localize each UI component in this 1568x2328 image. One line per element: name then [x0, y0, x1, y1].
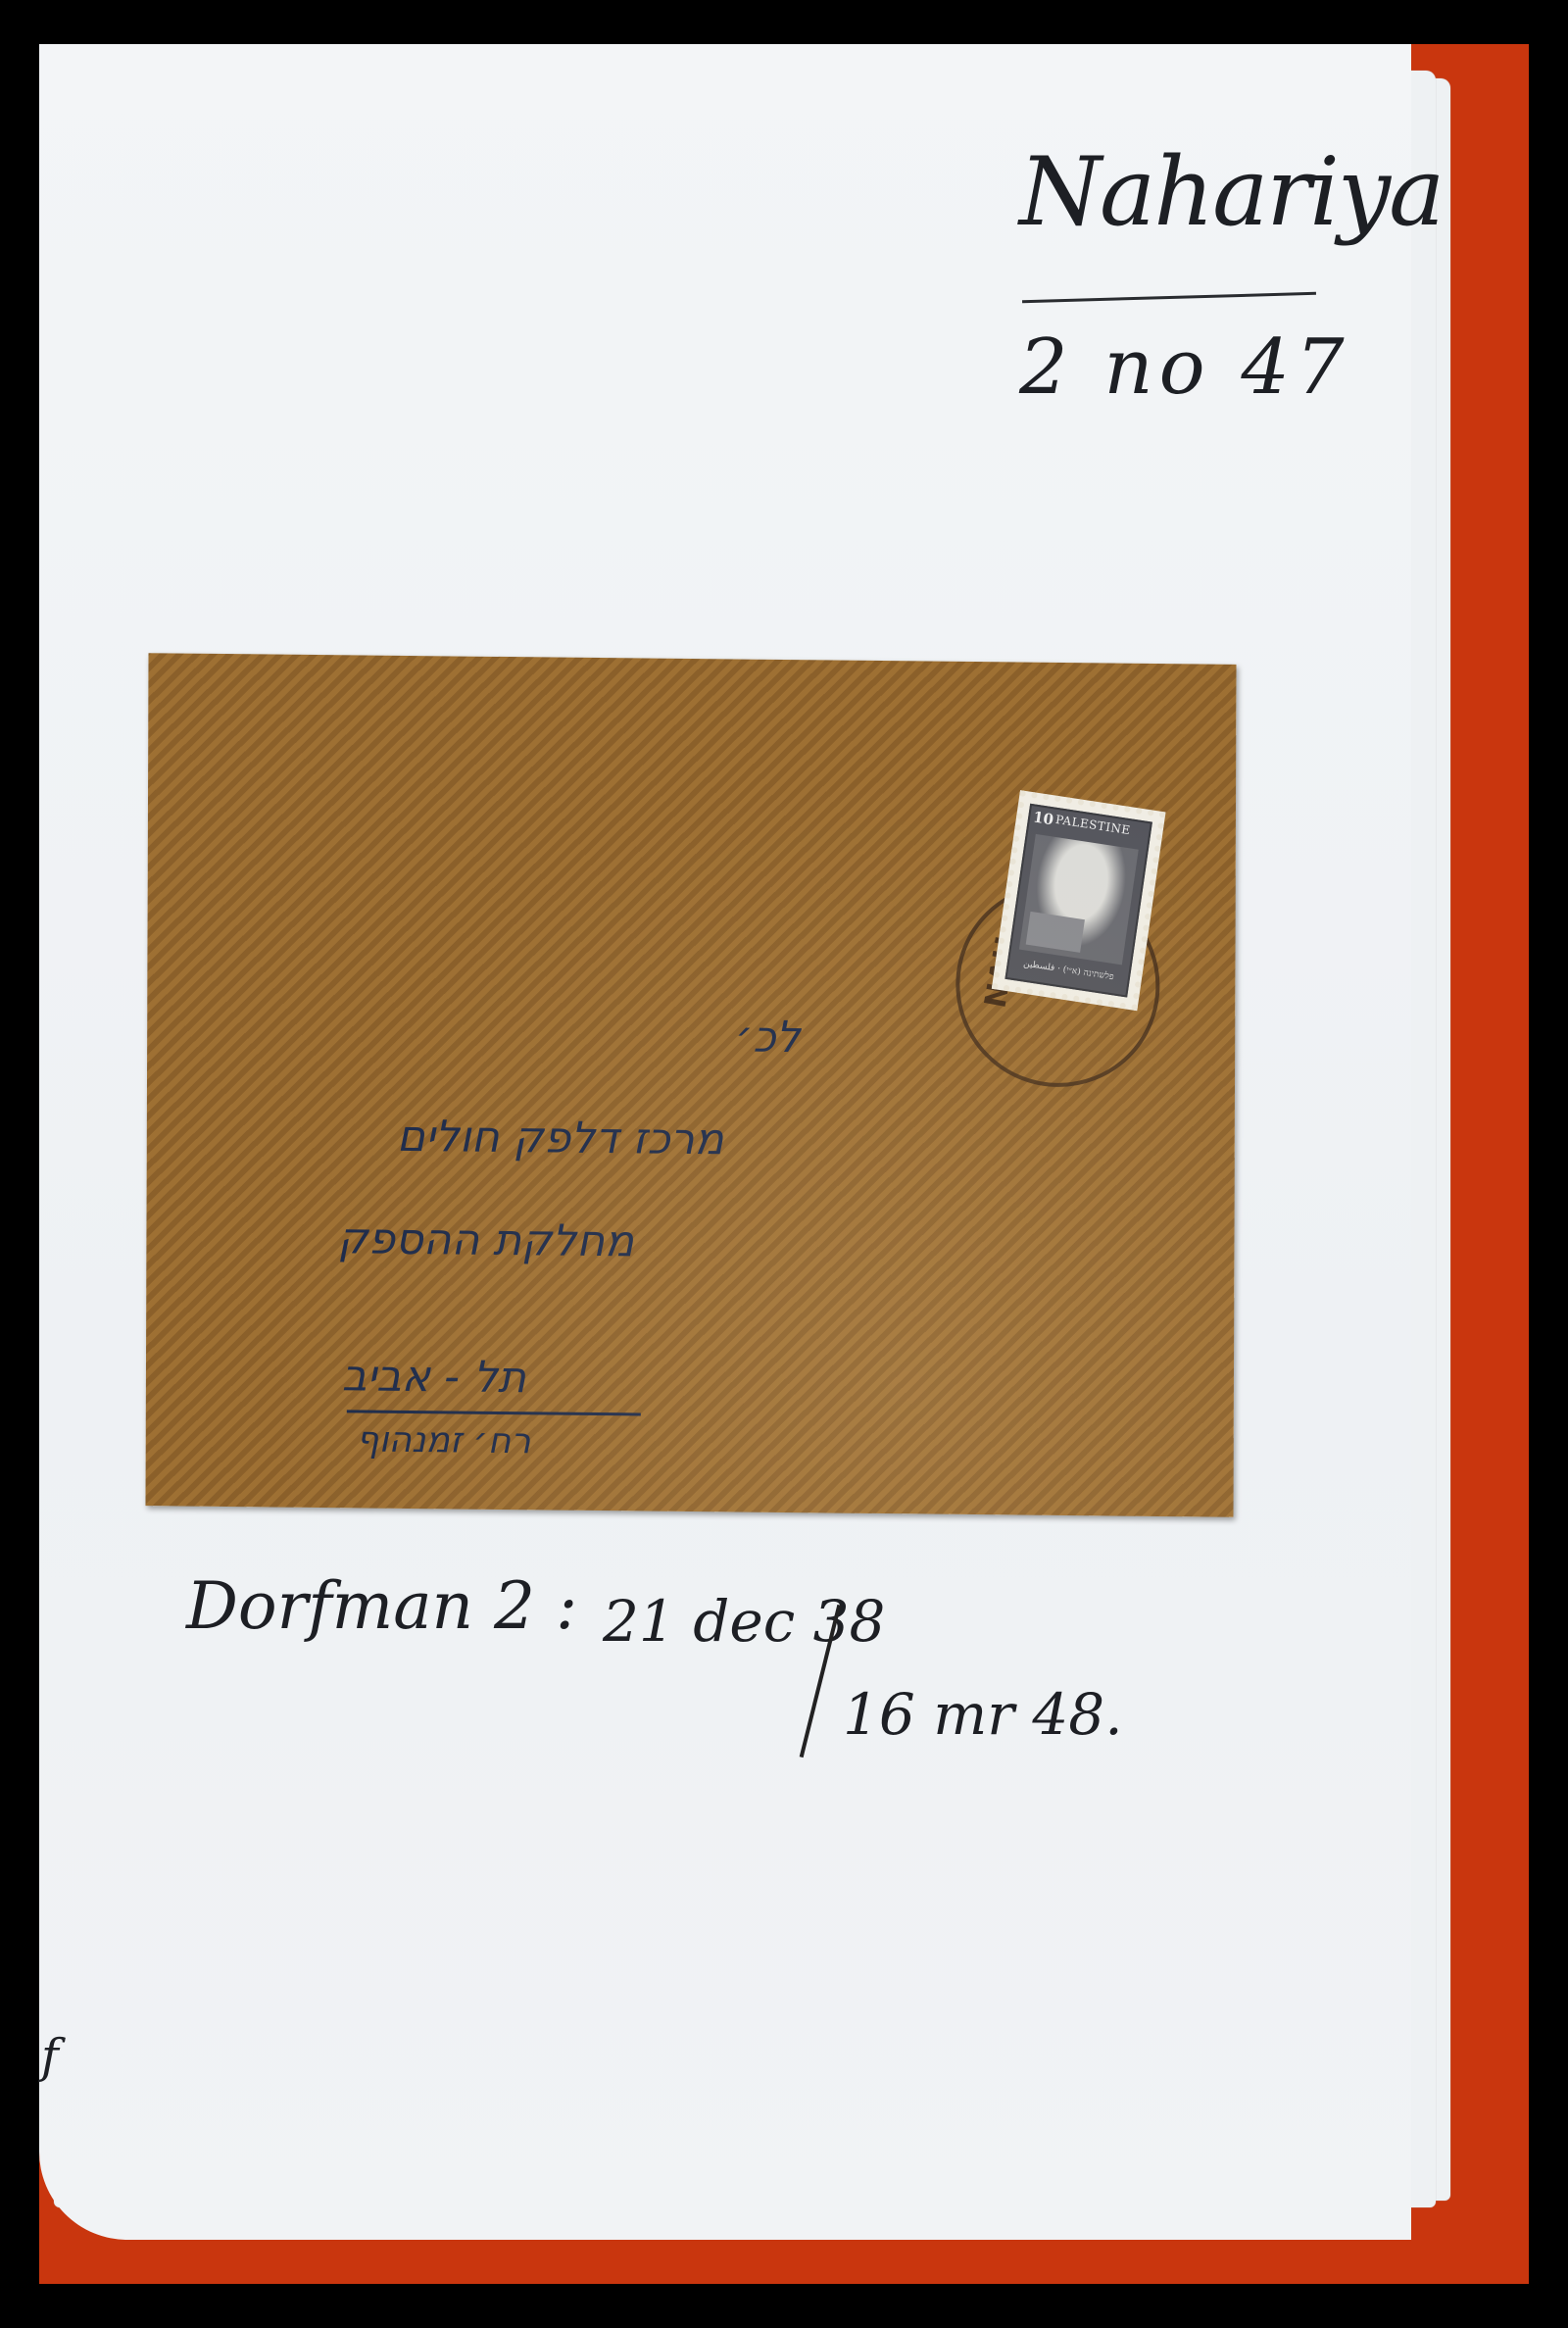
- page-title-handwritten: Nahariya: [1019, 137, 1443, 247]
- postmark-circle: NAH: [955, 882, 1160, 1088]
- address-line-2: מרכז דלפק חולים: [397, 1112, 724, 1164]
- date-from-note: 21 dec 38: [603, 1588, 885, 1655]
- date-to-note: 16 mr 48.: [843, 1681, 1123, 1748]
- envelope: NAH 10 PALESTINE פלשתינה (א״י) · فلسطين …: [145, 653, 1236, 1517]
- address-underline: [347, 1410, 641, 1415]
- reference-note: Dorfman 2 :: [186, 1568, 577, 1644]
- address-line-4: תל - אביב: [342, 1351, 526, 1403]
- address-line-3: מחלקת ההספק: [337, 1214, 634, 1266]
- stamp-bottom-text: פלשתינה (א״י) · فلسطين: [1011, 957, 1124, 991]
- stamp-value: 10: [1032, 808, 1054, 828]
- catalog-code-handwritten: 2 no 47: [1019, 323, 1350, 412]
- margin-mark: f: [41, 2029, 59, 2084]
- postmark-text: NAH: [978, 934, 1024, 1012]
- background-shadow: [1529, 421, 1568, 2284]
- stamp-building-icon: [1026, 912, 1085, 953]
- postage-stamp: 10 PALESTINE פלשתינה (א״י) · فلسطين: [992, 790, 1166, 1011]
- stamp-design: 10 PALESTINE פלשתינה (א״י) · فلسطين: [1004, 804, 1152, 998]
- address-line-5: רח׳ זמנהוף: [357, 1419, 531, 1461]
- stamp-vignette-icon: [1019, 834, 1139, 966]
- stamp-country: PALESTINE: [1054, 813, 1131, 837]
- address-line-1: לכ׳: [735, 1012, 801, 1063]
